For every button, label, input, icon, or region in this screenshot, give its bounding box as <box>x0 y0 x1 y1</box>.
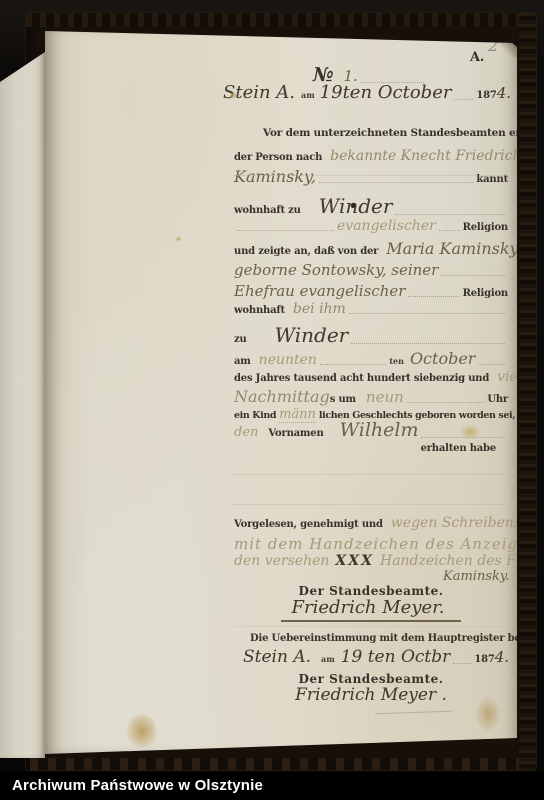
religion-line-1: evangelischer Religion <box>234 218 508 234</box>
birthday-line: am neunten ten October <box>234 349 508 368</box>
certify-line: Die Uebereinstimmung mit dem Hauptregist… <box>250 633 544 644</box>
blank-rule <box>234 504 508 505</box>
am-printed-2: am <box>234 356 251 367</box>
uhr-printed: Uhr <box>487 394 508 405</box>
caption-bar: Archiwum Państwowe w Olsztynie <box>0 772 544 800</box>
year-handwritten: 4. <box>497 84 511 102</box>
intro-printed: Vor dem unterzeichneten Standesbeamten e… <box>263 127 544 139</box>
corner-letter: A. <box>470 50 484 65</box>
blank-fill <box>395 214 505 215</box>
ten-printed: ten <box>389 356 404 366</box>
mother-line-2: geborne Sontowsky, seiner <box>234 261 508 279</box>
declarant-printed: der Person nach <box>234 152 322 163</box>
registrar-signature-2: Friedrich Meyer . <box>295 685 447 705</box>
blank-rule <box>234 626 508 627</box>
residence2-printed: wohnhaft <box>234 305 285 316</box>
received-line: erhalten habe <box>234 443 496 454</box>
place-handwritten: Stein A. <box>223 82 295 103</box>
date-handwritten-2: 19 ten Octbr <box>341 647 451 667</box>
signature-line-2: Friedrich Meyer . <box>234 685 508 705</box>
vorgelesen-printed: Vorgelesen, genehmigt und <box>234 519 383 530</box>
closing-line-1: Vorgelesen, genehmigt und wegen Schreibe… <box>234 515 544 531</box>
closing2-handwritten: mit dem Handzeichen des Anzeigen- <box>234 535 544 553</box>
certify-printed: Die Uebereinstimmung mit dem Hauptregist… <box>250 633 544 644</box>
firstname-line: den Vornamen Wilhelm <box>234 419 508 441</box>
closing-line-3: den versehen XXX Handzeichen des Friedri… <box>234 553 544 569</box>
blank-rule <box>234 474 508 475</box>
mother-printed: und zeigte an, daß von der <box>234 246 378 257</box>
year-text-printed: des Jahres tausend acht hundert siebenzi… <box>234 373 489 384</box>
closing4-handwritten: Kaminsky. <box>443 569 510 584</box>
religion-printed: Religion <box>463 222 508 233</box>
signature-line-1: Friedrich Meyer. <box>234 597 508 622</box>
religion-handwritten: evangelischer <box>337 218 436 234</box>
blank-fill <box>408 296 459 297</box>
closing3a-handwritten: den versehen <box>234 553 329 569</box>
blank-fill <box>320 364 386 365</box>
dateline-top: Stein A. am 19ten October 187 4. <box>223 82 511 103</box>
blank-fill <box>453 663 471 664</box>
residence-line-2: wohnhaft bei ihm <box>234 301 508 317</box>
residence-printed: wohnhaft zu <box>234 205 301 216</box>
closing-line-4: Kaminsky. <box>443 569 510 584</box>
intro-line: Vor dem unterzeichneten Standesbeamten e… <box>263 127 544 139</box>
year-printed-2: 187 <box>474 654 494 665</box>
blank-fill <box>439 230 460 231</box>
zu-printed: zu <box>234 334 247 345</box>
blank-rule <box>234 175 508 176</box>
blank-fill <box>319 182 473 183</box>
declarant-line-2: Kaminsky, kannt <box>234 167 508 186</box>
den-handwritten: den <box>234 425 258 440</box>
blank-fill <box>237 230 334 231</box>
book-cover-bottom-edge <box>30 758 530 770</box>
registrar-signature-1: Friedrich Meyer. <box>281 597 460 622</box>
mother-name-handwritten: Maria Kaminsky <box>386 239 518 258</box>
year-handwritten-2: 4. <box>495 648 509 666</box>
month-handwritten: October <box>410 349 476 368</box>
stain <box>127 714 157 748</box>
maiden-name-handwritten: geborne Sontowsky, seiner <box>234 261 438 279</box>
wife-religion-handwritten: Ehefrau evangelischer <box>234 282 405 300</box>
declarant-line: der Person nach bekannte Knecht Friedric… <box>234 148 508 164</box>
blank-fill <box>407 402 485 403</box>
declarant-surname-handwritten: Kaminsky, <box>234 167 316 186</box>
received-printed: erhalten habe <box>421 443 496 454</box>
left-page <box>0 52 45 758</box>
day-handwritten: neunten <box>259 352 317 368</box>
closing-line-2: mit dem Handzeichen des Anzeigen- <box>234 535 544 553</box>
blank-fill <box>454 99 473 100</box>
place-handwritten-2: Stein A. <box>243 647 311 667</box>
official-title-2: Der Standesbeamte. <box>234 672 508 686</box>
birthyear-line: des Jahres tausend acht hundert siebenzi… <box>234 369 508 385</box>
um-printed: s um <box>330 394 356 405</box>
firstname-handwritten: Wilhelm <box>340 419 419 441</box>
mother-line: und zeigte an, daß von der Maria Kaminsk… <box>234 239 508 258</box>
archive-photo: 2 A. № 1. Stein A. am 19ten October 187 … <box>0 0 544 800</box>
stain <box>175 236 182 242</box>
am-printed: am <box>301 90 315 100</box>
am-printed-3: am <box>321 654 335 664</box>
standesbeamte-printed-2: Der Standesbeamte. <box>299 672 444 686</box>
date-handwritten: 19ten October <box>320 82 452 103</box>
religion-printed-2: Religion <box>463 288 508 299</box>
year-printed: 187 <box>476 90 496 101</box>
residence2-handwritten: bei ihm <box>293 301 346 317</box>
pencil-stroke <box>375 711 453 715</box>
birthtime-line: Nachmittag s um neun Uhr <box>234 387 508 406</box>
document-page: 2 A. № 1. Stein A. am 19ten October 187 … <box>45 28 517 754</box>
official-title-1: Der Standesbeamte. <box>234 584 508 598</box>
mother-line-3: Ehefrau evangelischer Religion <box>234 282 508 300</box>
daypart-handwritten: Nachmittag <box>234 387 330 406</box>
residence-handwritten: Winder <box>319 194 393 218</box>
blank-fill <box>351 343 505 344</box>
dateline-bottom: Stein A. am 19 ten Octbr 187 4. <box>243 647 509 667</box>
birthplace-line: zu Winder <box>234 323 508 347</box>
standesbeamte-printed-1: Der Standesbeamte. <box>299 584 444 598</box>
vornamen-printed: Vornamen <box>268 428 323 439</box>
blank-fill <box>349 313 505 314</box>
declarant-handwritten: bekannte Knecht Friedrich <box>330 148 521 164</box>
archive-caption-text: Archiwum Państwowe w Olsztynie <box>12 777 263 794</box>
hour-handwritten: neun <box>366 388 404 406</box>
blank-fill <box>441 275 505 276</box>
blank-fill <box>478 364 505 365</box>
blank-fill <box>421 437 505 438</box>
birthplace-handwritten: Winder <box>275 323 349 347</box>
residence-line: wohnhaft zu Winder <box>234 194 508 218</box>
handzeichen-xxx-mark: XXX <box>335 553 374 569</box>
